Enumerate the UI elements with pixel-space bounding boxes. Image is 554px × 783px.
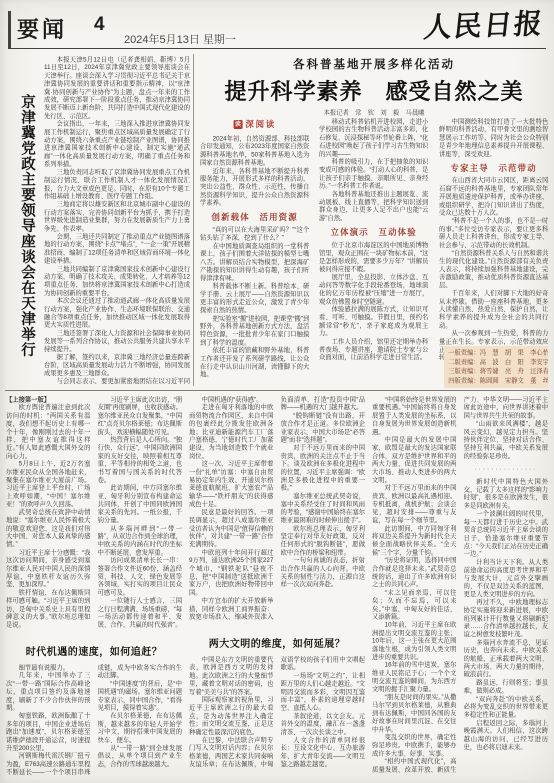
- top-section: 京津冀党政主要领导座谈会在天津举行 本报天津5月12日电（记者龚相娟、靳博）5月…: [6, 52, 548, 388]
- continuation-article: 【上接第一版】欧方舆论普遍注意到此次访问的时机：“两国关系有温度，我们想不起历史…: [6, 396, 548, 777]
- continuation-pair-1: 【上接第一版】欧方舆论普遍注意到此次访问的时机：“两国关系有温度，我们想不起历史…: [6, 396, 182, 777]
- col3-subhead: 专家主导 示范带动: [439, 164, 548, 172]
- science-article-headline: 提升科学素养 感受自然之美: [200, 75, 548, 106]
- page-header: 要闻 4 2024年5月13日 星期一 人民日报: [8, 6, 546, 49]
- dot-divider: ···············: [464, 465, 548, 473]
- science-column-2: 移动式科普钻机开进校园，走进小学校园的古生物科普活动丰富多彩，化石修复、沉浸探秘…: [319, 118, 428, 388]
- col2-lead: 移动式科普钻机开进校园，走进小学校园的古生物科普活动丰富多彩，化石修复、沉浸探秘…: [319, 118, 428, 223]
- col1-intro: 2024年初，自然资源部、科技部联合印发通知，公布2023年度国家自然资源科普基…: [200, 135, 309, 207]
- block-e-part-2: 新时代中国特色大国外交，记载了太多这样的“影响力时刻”，很多是在欧洲发生，很多是…: [464, 478, 548, 751]
- continuation-subhead-2: 两大文明的维度，如何延展？: [189, 634, 365, 656]
- science-article-kicker: 各科普基地开展多样化活动: [200, 56, 548, 72]
- science-column-1: 读 深阅读 2024年初，自然资源部、科技部联合印发通知，公布2023年度国家自…: [200, 118, 309, 388]
- page-number: 4: [94, 14, 105, 36]
- date-text: 2024年5月13日 星期一: [124, 30, 274, 44]
- continuation-pair-3: “中国将始终是世界发展的重要机遇。”中国始终将自身发展置于人类发展的坐标系，以自…: [372, 396, 548, 777]
- masthead-logo: 人民日报: [422, 2, 546, 46]
- shenyuedu-badge: 读 深阅读: [200, 120, 309, 129]
- continuation-block-d: 中国是东方文明的重要代表，欧洲是西方文明的发祥地。此次欧洲之行的大量细节里，藏着…: [189, 656, 365, 777]
- left-article-paragraphs: 本报天津5月12日电（记者龚相娟、靳博）5月11日至12日，2024年京津冀党政…: [44, 56, 190, 384]
- continuation-subhead-1: 时代机遇的速度，如何追赶？: [6, 642, 182, 664]
- editors-box-lines: 一版责编：冯 慧 胡 果 李心怡二版责编：高 波 白 阳 李安宇三版责编：蒋雪婕…: [444, 346, 548, 388]
- science-article: 各科普基地开展多样化活动 提升科学素养 感受自然之美 本报记者 常 钦 刘 毅 …: [200, 52, 548, 388]
- vertical-divider: [193, 54, 194, 386]
- shenyuedu-icon: 读: [233, 120, 242, 129]
- col3-body: 在山西省大同市云冈区，距离云冈石窟不远的科普基地里，专家团队常年开展地质遗迹保护…: [439, 177, 548, 362]
- col1-body: “真的可以在大海里采矿吗？”“这个钻头钻了多深，挖到了什么？”在中国地质调查局组…: [200, 226, 309, 379]
- col1-subhead: 创新载体 活用资源: [200, 213, 309, 221]
- continuation-block-b: 细节最有说服力。几年来，中国举办了三次“一带一路”国际合作高峰论坛，重点项目签约…: [6, 664, 182, 777]
- left-article-body: 本报天津5月12日电（记者龚相娟、靳博）5月11日至12日，2024年京津冀党政…: [44, 56, 190, 384]
- section-label: 要闻: [17, 13, 67, 44]
- horizontal-divider: [5, 390, 549, 391]
- header-bracket: [8, 11, 11, 48]
- col3-lead: 中国测绘科技馆打造了一大批特色鲜明的科普活动，有甲骨文里的测绘智慧展示工作坊等，…: [439, 118, 548, 158]
- continuation-pair-2: 中国机遇的“获得感”。走进在匈牙利落地的中欧商贸物流合作园区，来自中国的包裹经此…: [189, 396, 365, 777]
- editors-box: 一版责编：冯 慧 胡 果 李心怡二版责编：高 波 白 阳 李安宇三版责编：蒋雪婕…: [444, 346, 548, 388]
- col2-body: 位于北京市海淀区的中国地质博物馆里，观众正围在一块矿物标本前，“这是怎样形成的，…: [319, 241, 428, 362]
- shenyuedu-label: 深阅读: [245, 120, 276, 128]
- continuation-block-e: “中国将始终是世界发展的重要机遇。”中国始终将自身发展置于人类发展的坐标系，以自…: [372, 396, 548, 777]
- continuation-block-c: 中国机遇的“获得感”。走进在匈牙利落地的中欧商贸物流合作园区，来自中国的包裹经此…: [189, 396, 365, 634]
- continuation-block-a: 【上接第一版】欧方舆论普遍注意到此次访问的时机：“两国关系有温度，我们想不起历史…: [6, 396, 182, 642]
- newspaper-page: 要闻 4 2024年5月13日 星期一 人民日报 京津冀党政主要领导座谈会在天津…: [0, 0, 554, 783]
- col2-subhead: 立体演示 互动体验: [319, 229, 428, 237]
- left-article-vertical-headline: 京津冀党政主要领导座谈会在天津举行: [8, 94, 38, 366]
